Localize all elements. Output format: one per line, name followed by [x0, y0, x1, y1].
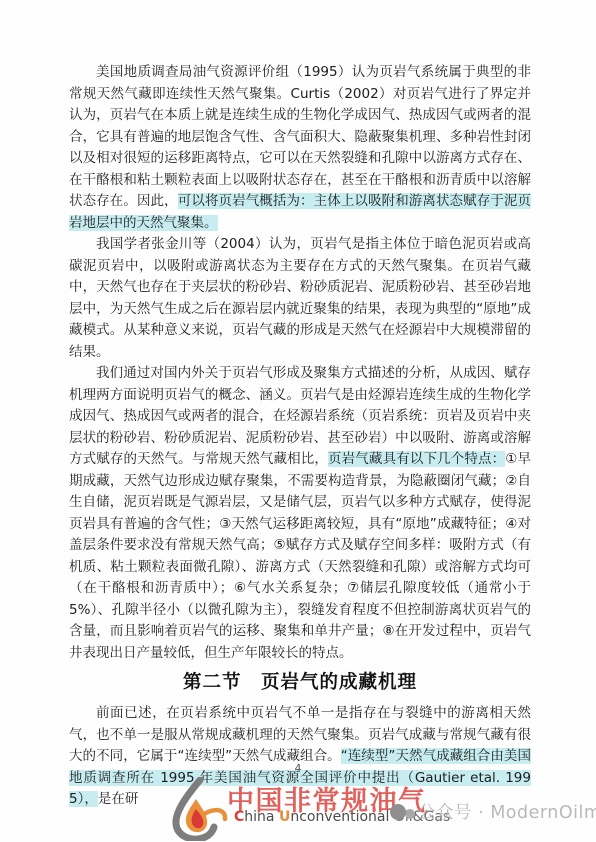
brand-en-nconventional: nconventional	[290, 809, 394, 825]
paragraph: 美国地质调查局油气资源评价组（1995）认为页岩气系统属于典型的非常规天然气藏即…	[69, 62, 531, 234]
brand-en-oilgas: Oil&Gas	[394, 809, 450, 825]
highlighted-text: 页岩气藏具有以下几个特点：	[328, 451, 505, 467]
page-number: 4	[0, 762, 596, 775]
text-segment: ①早期成藏，天然气边形成边赋存聚集，不需要构造背景，为隐蔽圈闭气藏；②自生自储，…	[69, 451, 531, 661]
text-segment: 我国学者张金川等（2004）认为，页岩气是指主体位于暗色泥页岩或高碳泥页岩中，以…	[69, 236, 531, 360]
paragraph: 前面已述，在页岩系统中页岩气不单一是指存在与裂缝中的游离相天然气，也不单一是服从…	[69, 703, 531, 811]
brand-name-english: China Unconventional Oil&Gas	[234, 809, 450, 825]
section-heading: 第二节 页岩气的成藏机理	[69, 670, 531, 696]
brand-en-letter-u: U	[279, 809, 290, 825]
text-segment: 美国地质调查局油气资源评价组（1995）认为页岩气系统属于典型的非常规天然气藏即…	[69, 64, 531, 209]
paragraph: 我们通过对国内外关于页岩气形成及聚集方式描述的分析，从成因、赋存机理两方面说明页…	[69, 363, 531, 664]
document-page: 美国地质调查局油气资源评价组（1995）认为页岩气系统属于典型的非常规天然气藏即…	[0, 0, 596, 842]
paragraph: 我国学者张金川等（2004）认为，页岩气是指主体位于暗色泥页岩或高碳泥页岩中，以…	[69, 234, 531, 363]
page-content: 美国地质调查局油气资源评价组（1995）认为页岩气系统属于典型的非常规天然气藏即…	[69, 62, 531, 811]
brand-en-letter-c: C	[234, 809, 244, 825]
brand-en-hina: hina	[244, 809, 279, 825]
text-segment: 是在研	[98, 791, 139, 807]
